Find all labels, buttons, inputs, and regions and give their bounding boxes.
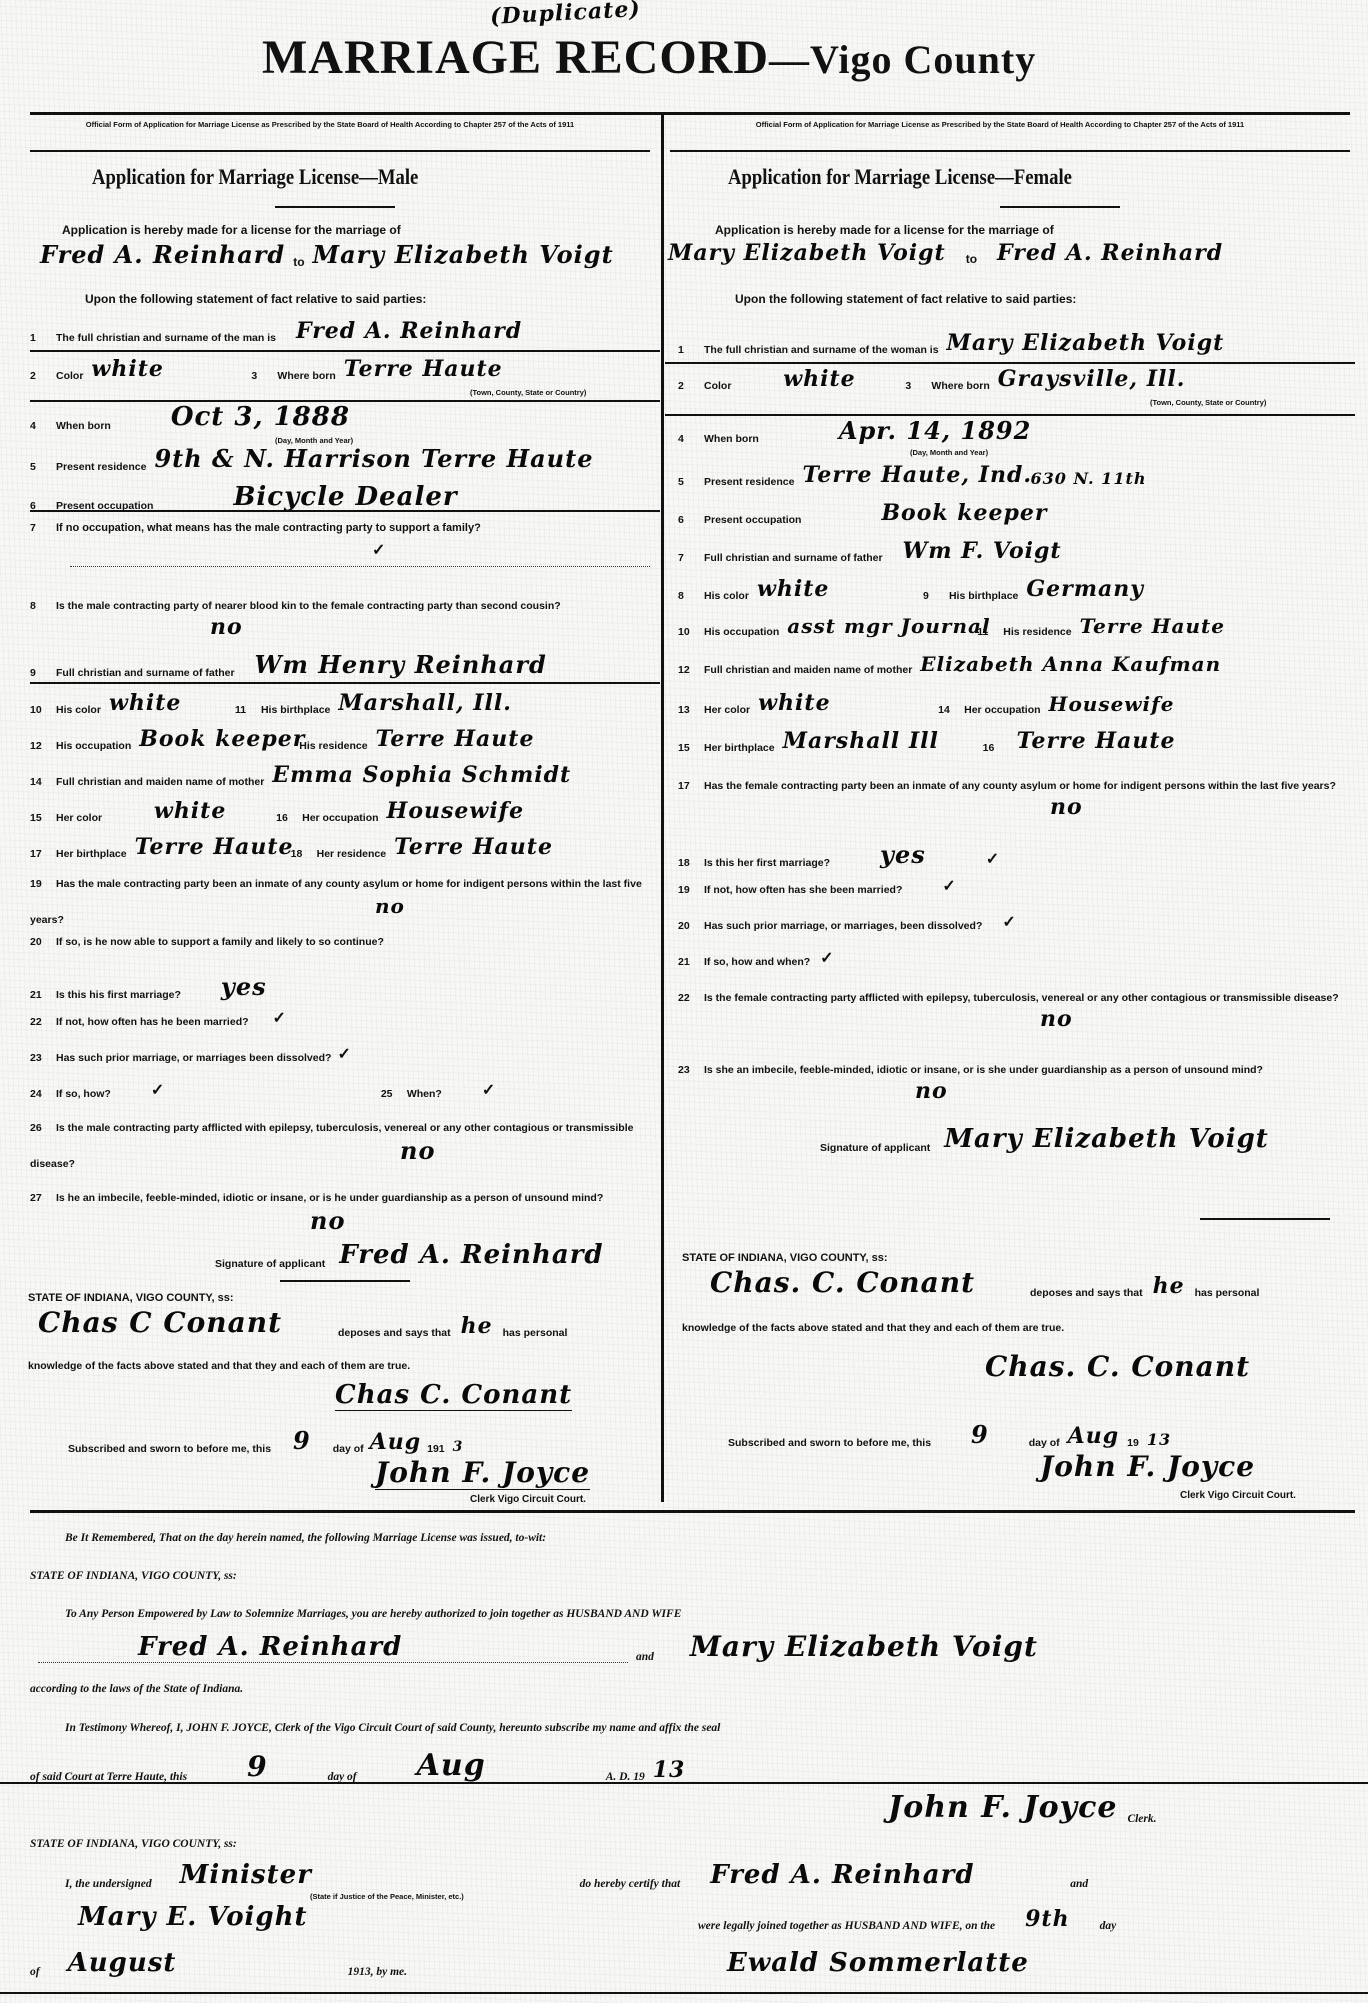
female-affiant: Chas. C. Conant (690, 1266, 1030, 1299)
female-intro-groom: Fred A. Reinhard (997, 240, 1223, 266)
female-when-born-sub: (Day, Month and Year) (910, 448, 988, 457)
female-field-22: 22Is the female contracting party afflic… (678, 980, 1358, 1016)
male-field-22-value: ✓ (273, 1008, 286, 1028)
divider-short (280, 1280, 410, 1282)
male-sworn-line: Subscribed and sworn to before me, this … (68, 1426, 463, 1455)
female-color-value: white (739, 366, 899, 392)
license-parties: Fred A. Reinhard and Mary Elizabeth Voig… (30, 1630, 1330, 1663)
male-field-4: 4 When born Oct 3, 1888 (30, 402, 650, 432)
female-field-21: 21 If so, how and when? ✓ (678, 948, 1358, 968)
male-field-15-16: 15 Her color white 16 Her occupation Hou… (30, 798, 660, 824)
certificate-day: 9th (1025, 1906, 1069, 1932)
male-clerk-signature: John F. Joyce (375, 1456, 590, 1490)
column-divider (661, 112, 664, 1502)
female-signature-row: Signature of applicant Mary Elizabeth Vo… (820, 1124, 1269, 1154)
row-rule (30, 350, 660, 352)
certificate-state: STATE OF INDIANA, VIGO COUNTY, ss: (30, 1838, 237, 1850)
female-father-residence-value: Terre Haute (1080, 614, 1225, 638)
male-field-2-3: 2 Color white 3 Where born Terre Haute (30, 356, 650, 382)
female-clerk-title: Clerk Vigo Circuit Court. (1180, 1490, 1296, 1501)
female-field-12: 12 Full christian and maiden name of mot… (678, 652, 1358, 676)
female-mother-residence-value: Terre Haute (1017, 728, 1176, 754)
page-title: MARRIAGE RECORD—Vigo County (262, 30, 1036, 85)
female-form-note: Official Form of Application for Marriag… (690, 120, 1310, 130)
female-mother-value: Elizabeth Anna Kaufman (920, 652, 1221, 676)
check-mark-icon: ✓ (986, 849, 999, 869)
female-field-2-3: 2 Color white 3 Where born Graysville, I… (678, 366, 1358, 392)
female-field-13-14: 13 Her color white 14 Her occupation Hou… (678, 690, 1358, 716)
female-sworn-line: Subscribed and sworn to before me, this … (728, 1420, 1171, 1449)
female-affidavit-state: STATE OF INDIANA, VIGO COUNTY, ss: (682, 1252, 888, 1264)
female-field-17: 17Has the female contracting party been … (678, 768, 1358, 804)
male-field-1: 1 The full christian and surname of the … (30, 318, 650, 344)
male-field-27-value: no (310, 1206, 345, 1235)
male-signature-label: Signature of applicant (215, 1258, 325, 1270)
female-field-18: 18 Is this her first marriage? yes ✓ (678, 840, 1358, 869)
bottom-rule (0, 1992, 1368, 1994)
female-note-rule (670, 150, 1350, 152)
female-field-23-value: no (915, 1078, 948, 1104)
female-sworn-month: Aug (1068, 1423, 1119, 1449)
female-clerk-signature: John F. Joyce (1040, 1450, 1255, 1483)
title-main: MARRIAGE RECORD (262, 31, 769, 84)
male-affidavit-knowledge: knowledge of the facts above stated and … (28, 1360, 410, 1372)
male-field-8-value: no (210, 614, 243, 640)
male-mother-occupation-value: Housewife (387, 798, 525, 824)
license-remembered: Be It Remembered, That on the day herein… (65, 1532, 546, 1544)
male-section-title: Application for Marriage License—Male (92, 164, 418, 190)
certificate-line-3: of August 1913 , by me. Ewald Sommerlatt… (30, 1948, 1350, 1978)
male-field-9: 9 Full christian and surname of father W… (30, 650, 660, 679)
female-mother-occupation-value: Housewife (1049, 692, 1175, 716)
certificate-role-sub: (State if Justice of the Peace, Minister… (310, 1892, 464, 1901)
female-residence-address: 630 N. 11th (1030, 469, 1146, 488)
female-field-20: 20 Has such prior marriage, or marriages… (678, 912, 1358, 932)
male-field-23-value: ✓ (337, 1044, 350, 1064)
row-rule (30, 682, 660, 684)
male-signature: Fred A. Reinhard (339, 1240, 603, 1270)
license-state: STATE OF INDIANA, VIGO COUNTY, ss: (30, 1570, 237, 1582)
male-note-rule (30, 150, 650, 152)
male-field-1-value: Fred A. Reinhard (296, 318, 522, 344)
male-first-marriage-value: yes (221, 972, 267, 1001)
male-intro: Application is hereby made for a license… (62, 223, 401, 237)
male-father-residence-value: Terre Haute (376, 726, 535, 752)
male-occupation-value: Bicycle Dealer (233, 482, 457, 512)
female-when-born-value: Apr. 14, 1892 (839, 416, 1031, 445)
certificate-line-2: Mary E. Voight were legally joined toget… (30, 1902, 1350, 1932)
male-field-24-value: ✓ (111, 1080, 381, 1100)
female-affidavit-line: Chas. C. Conant deposes and says that he… (682, 1266, 1362, 1299)
male-intro-groom: Fred A. Reinhard (40, 240, 285, 269)
male-mother-residence-value: Terre Haute (394, 834, 553, 860)
license-laws: according to the laws of the State of In… (30, 1683, 243, 1695)
divider-short (1200, 1218, 1330, 1220)
male-form-note: Official Form of Application for Marriag… (60, 120, 600, 130)
section-rule (30, 1510, 1355, 1513)
female-field-6: 6 Present occupation Book keeper (678, 500, 1358, 526)
license-year: 13 (653, 1757, 686, 1783)
female-field-19-value: ✓ (942, 876, 955, 896)
male-color-value: white (91, 356, 231, 382)
male-field-26: 26Is the male contracting party afflicte… (30, 1110, 660, 1182)
marriage-record-page: (Duplicate) MARRIAGE RECORD—Vigo County … (0, 0, 1368, 2003)
male-affidavit-line: Chas C Conant deposes and says that he h… (30, 1306, 660, 1339)
male-field-8: 8Is the male contracting party of nearer… (30, 590, 660, 622)
male-parties-line: Fred A. Reinhard to Mary Elizabeth Voigt (40, 240, 660, 269)
male-title-underline (275, 206, 395, 208)
male-intro-bride: Mary Elizabeth Voigt (313, 240, 614, 269)
female-father-color-value: white (757, 576, 917, 602)
female-field-17-value: no (1050, 794, 1083, 820)
male-mother-value: Emma Sophia Schmidt (272, 762, 571, 788)
male-upon: Upon the following statement of fact rel… (85, 292, 426, 306)
male-field-10-11: 10 His color white 11 His birthplace Mar… (30, 690, 660, 716)
female-field-22-value: no (1040, 1006, 1073, 1032)
male-father-occupation-value: Book keeper (139, 726, 289, 752)
section-rule (0, 1782, 1368, 1784)
header-rule (30, 112, 1350, 115)
female-mother-color-value: white (758, 690, 938, 716)
female-field-10-11: 10 His occupation asst mgr Journal 11 Hi… (678, 614, 1358, 638)
female-field-7: 7 Full christian and surname of father W… (678, 538, 1358, 564)
female-father-occupation-value: asst mgr Journal (787, 614, 977, 638)
male-field-19-value: no (375, 894, 405, 918)
female-field-1: 1 The full christian and surname of the … (678, 330, 1358, 356)
certificate-line-1: I, the undersigned Minister do hereby ce… (65, 1860, 1365, 1890)
license-month: Aug (417, 1748, 486, 1783)
male-clerk-title: Clerk Vigo Circuit Court. (470, 1494, 586, 1505)
male-affidavit-state: STATE OF INDIANA, VIGO COUNTY, ss: (28, 1292, 234, 1304)
license-date-line: of said Court at Terre Haute, this 9 day… (30, 1748, 685, 1783)
male-field-23: 23 Has such prior marriage, or marriages… (30, 1044, 660, 1064)
female-section-title: Application for Marriage License—Female (728, 164, 1072, 190)
female-intro-bride: Mary Elizabeth Voigt (668, 240, 946, 266)
male-field-22: 22 If not, how often has he been married… (30, 1008, 660, 1028)
female-field-5: 5 Present residence Terre Haute, Ind. 63… (678, 462, 1358, 488)
row-rule (665, 362, 1355, 364)
male-field-12-13: 12 His occupation Book keeper His reside… (30, 726, 660, 752)
female-field-23: 23Is she an imbecile, feeble-minded, idi… (678, 1052, 1358, 1088)
license-authorize: To Any Person Empowered by Law to Solemn… (65, 1608, 681, 1620)
male-sworn-month: Aug (370, 1429, 421, 1455)
female-father-birthplace-value: Germany (1026, 576, 1144, 602)
duplicate-annotation: (Duplicate) (489, 0, 641, 30)
male-field-20: 20 If so, is he now able to support a fa… (30, 936, 660, 948)
female-where-born-value: Graysville, Ill. (998, 366, 1186, 392)
license-testimony: In Testimony Whereof, I, JOHN F. JOYCE, … (65, 1722, 720, 1734)
female-mother-birthplace-value: Marshall Ill (783, 728, 983, 754)
male-intro-to: to (293, 255, 304, 269)
male-field-7: 7 If no occupation, what means has the m… (30, 522, 660, 534)
male-affiant: Chas C Conant (38, 1306, 338, 1339)
female-field-15-16: 15 Her birthplace Marshall Ill 16 Terre … (678, 728, 1358, 754)
female-intro: Application is hereby made for a license… (715, 223, 1054, 237)
license-bride: Mary Elizabeth Voigt (670, 1630, 1038, 1663)
male-residence-value: 9th & N. Harrison Terre Haute (154, 444, 593, 473)
male-field-7-value: ✓ (372, 540, 385, 560)
male-field-6: 6 Present occupation Bicycle Dealer (30, 482, 660, 512)
male-sworn-day: 9 (293, 1426, 311, 1455)
female-occupation-value: Book keeper (881, 500, 1047, 526)
certificate-bride: Mary E. Voight (38, 1902, 698, 1932)
female-affiant-signature: Chas. C. Conant (985, 1350, 1250, 1383)
male-signature-row: Signature of applicant Fred A. Reinhard (215, 1240, 604, 1270)
female-affidavit-knowledge: knowledge of the facts above stated and … (682, 1322, 1064, 1334)
male-father-value: Wm Henry Reinhard (255, 650, 547, 679)
female-upon: Upon the following statement of fact rel… (735, 292, 1076, 306)
female-parties-line: Mary Elizabeth Voigt to Fred A. Reinhard (668, 240, 1358, 266)
row-rule (30, 510, 660, 512)
male-when-born-value: Oct 3, 1888 (171, 402, 350, 432)
license-day: 9 (247, 1750, 267, 1783)
female-signature-label: Signature of applicant (820, 1142, 930, 1154)
male-affiant-signature: Chas C. Conant (335, 1380, 572, 1411)
female-field-8-9: 8 His color white 9 His birthplace Germa… (678, 576, 1358, 602)
dotted-line (70, 566, 650, 567)
male-field-5: 5 Present residence 9th & N. Harrison Te… (30, 444, 660, 473)
female-field-21-value: ✓ (820, 948, 833, 968)
female-name-value: Mary Elizabeth Voigt (947, 330, 1225, 356)
male-where-born-sub: (Town, County, State or Country) (470, 388, 586, 397)
license-groom: Fred A. Reinhard (38, 1632, 628, 1663)
certificate-groom: Fred A. Reinhard (710, 1860, 1070, 1890)
title-dash: — (769, 37, 810, 82)
female-sworn-day: 9 (971, 1420, 989, 1449)
male-mother-birthplace-value: Terre Haute (135, 834, 285, 860)
officiant-signature: Ewald Sommerlatte (727, 1948, 1029, 1978)
female-first-marriage-value: yes (880, 840, 926, 869)
male-field-19: 19Has the male contracting party been an… (30, 866, 660, 938)
license-clerk-signature-row: John F. Joyce Clerk. (880, 1790, 1157, 1825)
female-father-value: Wm F. Voigt (903, 538, 1062, 564)
male-field-17-18: 17 Her birthplace Terre Haute 18 Her res… (30, 834, 660, 860)
female-where-born-sub: (Town, County, State or Country) (1150, 398, 1266, 407)
male-father-color-value: white (109, 690, 229, 716)
license-clerk-signature: John F. Joyce (888, 1790, 1117, 1825)
female-title-underline (1000, 206, 1120, 208)
female-field-4: 4 When born Apr. 14, 1892 (678, 416, 1358, 445)
female-signature: Mary Elizabeth Voigt (944, 1124, 1269, 1154)
certificate-role: Minister (160, 1860, 580, 1890)
female-residence-value: Terre Haute, Ind. (802, 462, 1022, 488)
male-field-14: 14 Full christian and maiden name of mot… (30, 762, 660, 788)
male-father-birthplace-value: Marshall, Ill. (338, 690, 512, 716)
male-field-21: 21 Is this his first marriage? yes (30, 972, 660, 1001)
title-county: Vigo County (810, 37, 1036, 82)
female-field-19: 19 If not, how often has she been marrie… (678, 876, 1358, 896)
certificate-year: 13 (359, 1966, 371, 1978)
male-where-born-value: Terre Haute (344, 356, 503, 382)
male-mother-color-value: white (110, 798, 270, 824)
male-field-26-value: no (400, 1136, 435, 1165)
male-field-24-25: 24 If so, how? ✓ 25 When? ✓ (30, 1080, 660, 1100)
female-field-20-value: ✓ (1002, 912, 1015, 932)
male-field-25-value: ✓ (482, 1080, 495, 1100)
certificate-month: August (48, 1948, 348, 1978)
